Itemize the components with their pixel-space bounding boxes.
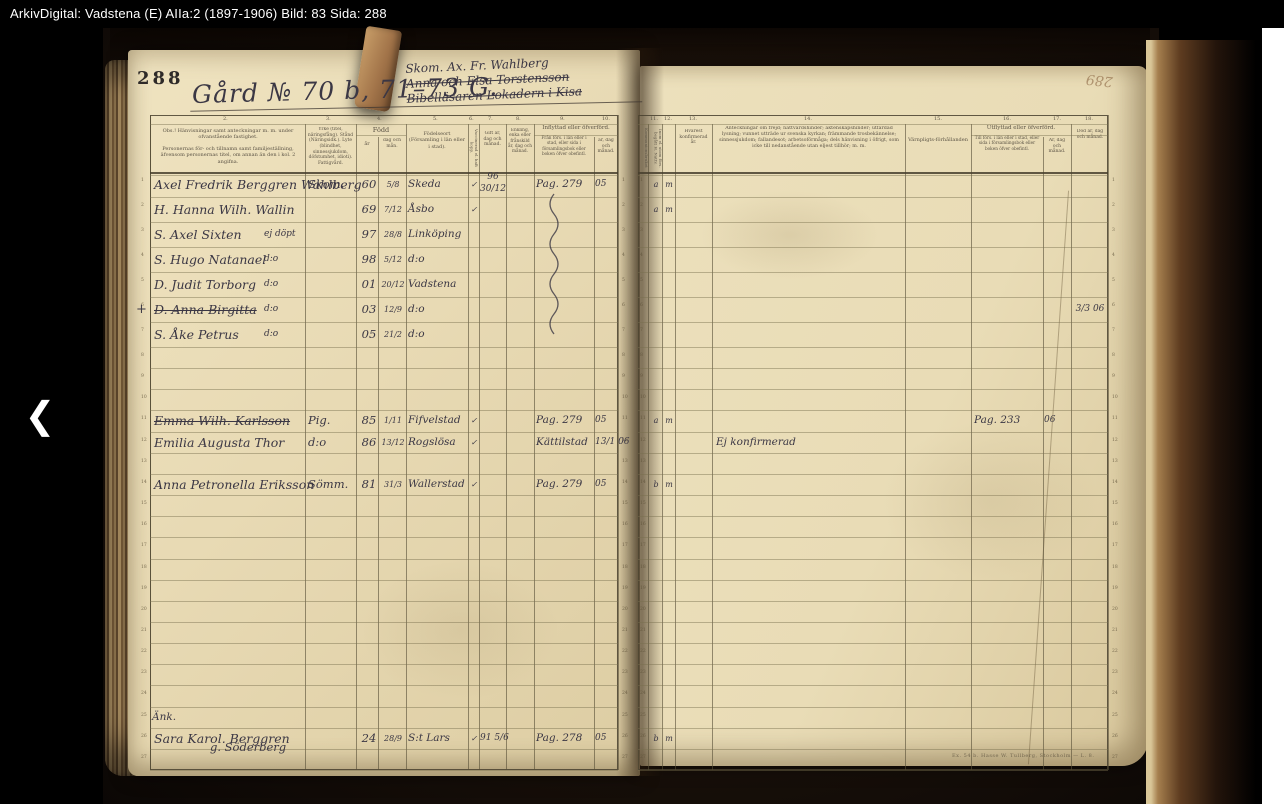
table-cell-rm2: m: [663, 728, 675, 749]
row-number: 17: [141, 543, 147, 548]
table-cell-dm: 5/12: [380, 247, 406, 272]
table-cell-yy: 81: [358, 474, 380, 495]
table-cell-name2: d:o: [264, 247, 304, 272]
table-line: [638, 580, 1108, 581]
row-number: 26: [622, 734, 628, 739]
page-number-right-faint: 289: [1085, 71, 1113, 90]
column-number: 5.: [433, 116, 438, 122]
row-number: 2: [640, 203, 643, 208]
row-number: 19: [640, 586, 646, 591]
table-line: [638, 707, 1108, 708]
column-number: 8.: [516, 116, 521, 122]
row-number: 4: [1112, 253, 1115, 258]
table-line: [150, 453, 618, 454]
row-number: 12: [1112, 438, 1118, 443]
row-number: 10: [1112, 395, 1118, 400]
row-number: 22: [141, 649, 147, 654]
table-cell-dm: 28/9: [380, 728, 406, 749]
table-line: [638, 247, 1108, 248]
row-number: 19: [141, 586, 147, 591]
row-number: 4: [622, 253, 625, 258]
table-line: [638, 537, 1108, 538]
table-line: [638, 322, 1108, 323]
table-line: [638, 474, 1108, 475]
table-cell-yy: 03: [358, 297, 380, 322]
table-cell-ort: Linköping: [408, 222, 468, 247]
row-number: 14: [1112, 480, 1118, 485]
row-number: 19: [622, 586, 628, 591]
table-cell-vacc: ✓: [469, 728, 479, 749]
row-number: 20: [622, 607, 628, 612]
row-number: 26: [640, 734, 646, 739]
column-header: Gift år, dag och månad.: [480, 131, 505, 148]
row-number: 23: [1112, 670, 1118, 675]
row-number: 4: [640, 253, 643, 258]
table-cell-rm1: a: [650, 172, 662, 197]
row-number: 26: [1112, 734, 1118, 739]
table-cell-vacc: ✓: [469, 474, 479, 495]
table-line: [638, 297, 1108, 298]
column-header: Personernas för- och tillnamn samt famil…: [154, 146, 302, 165]
table-cell-dm: 1/11: [380, 410, 406, 431]
table-line: [150, 537, 618, 538]
table-cell-ort: S:t Lars: [408, 728, 468, 749]
column-header: Födelseort (Församling i län eller i sta…: [408, 131, 466, 150]
row-number: 2: [622, 203, 625, 208]
table-line: [150, 347, 618, 348]
table-cell-infl_yr: 13/1 06: [595, 432, 618, 453]
row-number: 8: [640, 353, 643, 358]
table-cell-dm: 7/12: [380, 197, 406, 222]
column-header: Utflyttad eller öfverförd.: [974, 125, 1068, 132]
row-number: 6: [640, 303, 643, 308]
row-number: 23: [141, 670, 147, 675]
table-cell-infl_yr: 05: [595, 172, 618, 197]
table-cell-name: Emilia Augusta Thor: [154, 432, 306, 453]
row-number: 9: [622, 374, 625, 379]
row-number: 26: [141, 734, 147, 739]
table-cell-vacc: ✓: [469, 410, 479, 431]
table-line: [638, 347, 1108, 348]
table-cell-infl: Pag. 279: [536, 474, 594, 495]
column-number: 2.: [223, 116, 228, 122]
owner-name-block: Skom. Ax. Fr. WahlbergAnna och Elsa Tors…: [405, 54, 582, 107]
row-number: 11: [141, 416, 147, 421]
printer-imprint: Ex. 54 b. Hasse W. Tullberg, Stockholm —…: [952, 753, 1094, 759]
table-cell-dm: 21/2: [380, 322, 406, 347]
row-number: 5: [622, 278, 625, 283]
table-line: [150, 685, 618, 686]
row-number: 22: [1112, 649, 1118, 654]
table-line: [150, 368, 618, 369]
table-line: [150, 389, 618, 390]
column-header: Vaccinerad el. haft kopp.: [469, 126, 478, 170]
column-header: Kommunionsbruket: [638, 126, 648, 170]
row-number: 2: [1112, 203, 1115, 208]
row-number: 27: [141, 755, 147, 760]
row-number: 2: [141, 203, 144, 208]
previous-image-button[interactable]: ❮: [18, 392, 62, 440]
right-page-table: 11.12.13.14.15.16.17.18.Kommunionsbruket…: [638, 115, 1108, 770]
column-header: år, dag och månad.: [596, 138, 616, 155]
table-line: [150, 580, 618, 581]
row-number: 16: [141, 522, 147, 527]
table-line: [150, 664, 618, 665]
row-number: 3: [141, 228, 144, 233]
row-number: 8: [1112, 353, 1115, 358]
row-number: 8: [141, 353, 144, 358]
row-number: 20: [141, 607, 147, 612]
table-line: [971, 135, 1108, 136]
table-cell-ort: Vadstena: [408, 272, 468, 297]
row-number: 14: [640, 480, 646, 485]
table-cell-name: Axel Fredrik Berggren Wahlberg: [154, 172, 306, 197]
row-number: 10: [622, 395, 628, 400]
table-cell-rm1: a: [650, 410, 662, 431]
table-line: [638, 222, 1108, 223]
book-cover-edge: [1146, 40, 1262, 804]
column-header: Till förs. i län eller i stad, eller sid…: [974, 135, 1040, 151]
row-number: 13: [622, 459, 628, 464]
table-line: [150, 516, 618, 517]
table-line: [150, 770, 618, 771]
table-line: [712, 124, 713, 770]
row-number: 3: [640, 228, 643, 233]
row-number: 27: [640, 755, 646, 760]
table-line: [1108, 115, 1109, 770]
row-number: 15: [640, 501, 646, 506]
table-cell-ort: d:o: [408, 322, 468, 347]
row-number: 18: [640, 565, 646, 570]
table-cell-yy: 85: [358, 410, 380, 431]
column-number: 17.: [1053, 116, 1061, 122]
row-number: 15: [141, 501, 147, 506]
table-cell-ort: Wallerstad: [408, 474, 468, 495]
column-number: 7.: [488, 116, 493, 122]
table-line: [638, 197, 1108, 198]
row-number: 10: [141, 395, 147, 400]
row-number: 17: [640, 543, 646, 548]
table-cell-infl: Pag. 279: [536, 410, 594, 431]
column-header: år: [358, 141, 376, 147]
table-cell-name-sub: g. Söderberg: [210, 740, 286, 754]
column-number: 9.: [560, 116, 565, 122]
table-cell-yrke: Pig.: [308, 410, 354, 431]
row-number: 5: [1112, 278, 1115, 283]
row-number: 14: [141, 480, 147, 485]
column-header: Enkling, enka eller frånskild år, dag oc…: [507, 128, 533, 155]
row-number: 9: [141, 374, 144, 379]
row-number: 15: [1112, 501, 1118, 506]
row-number: 6: [1112, 303, 1115, 308]
row-number: 13: [640, 459, 646, 464]
table-cell-infl: Pag. 278: [536, 728, 594, 749]
table-line: [150, 115, 151, 770]
table-cell-pre: Änk.: [152, 707, 302, 728]
column-header: Hvarest konfirmerad år.: [677, 129, 710, 146]
table-cell-dm: 20/12: [380, 272, 406, 297]
row-number: 22: [640, 649, 646, 654]
table-cell-dm: 28/8: [380, 222, 406, 247]
table-line: [638, 685, 1108, 686]
table-line: [150, 622, 618, 623]
row-number: 4: [141, 253, 144, 258]
row-number: 20: [1112, 607, 1118, 612]
row-number: 16: [640, 522, 646, 527]
row-number: 7: [640, 328, 643, 333]
row-number: 18: [1112, 565, 1118, 570]
table-line: [638, 559, 1108, 560]
table-cell-rm1: b: [650, 728, 662, 749]
row-number: 8: [622, 353, 625, 358]
table-line: [638, 601, 1108, 602]
table-cell-vacc: ✓: [469, 172, 479, 197]
titlebar: ArkivDigital: Vadstena (E) AIIa:2 (1897-…: [0, 0, 1284, 28]
table-line: [638, 664, 1108, 665]
table-cell-gift: 9630/12: [480, 171, 506, 195]
row-number: 24: [1112, 691, 1118, 696]
row-number: 25: [141, 713, 147, 718]
row-number: 13: [141, 459, 147, 464]
table-line: [638, 728, 1108, 729]
table-line: [534, 135, 618, 136]
table-cell-yy: 05: [358, 322, 380, 347]
table-cell-ort: d:o: [408, 247, 468, 272]
table-line: [971, 124, 972, 770]
table-cell-yy: 01: [358, 272, 380, 297]
table-cell-yrke: d:o: [308, 432, 354, 453]
table-cell-name: Anna Petronella Eriksson: [154, 474, 306, 495]
row-number: 9: [640, 374, 643, 379]
column-number: 12.: [664, 116, 672, 122]
table-cell-name: Emma Wilh. Karlsson: [154, 410, 306, 431]
table-cell-gift: 91 5/6: [480, 728, 506, 749]
column-header: Obs.! Hänvisningar samt anteckningar m. …: [154, 128, 302, 141]
table-cell-yy: 60: [358, 172, 380, 197]
column-number: 18.: [1085, 116, 1093, 122]
row-number: 1: [141, 178, 144, 183]
row-number: 12: [141, 438, 147, 443]
table-line: [638, 172, 1108, 174]
table-cell-name2: d:o: [264, 297, 304, 322]
table-cell-rm1: b: [650, 474, 662, 495]
column-number: 4.: [377, 116, 382, 122]
column-header: dag och mån.: [380, 138, 404, 149]
table-cell-infl: Kättilstad: [536, 432, 594, 453]
table-cell-ort: Skeda: [408, 172, 468, 197]
table-cell-ort: Rogslösa: [408, 432, 468, 453]
row-number: 11: [1112, 416, 1118, 421]
table-line: [638, 770, 1108, 771]
row-number: 20: [640, 607, 646, 612]
table-cell-ort: Fifvelstad: [408, 410, 468, 431]
table-cell-infl_yr: 05: [595, 474, 618, 495]
row-number: 24: [622, 691, 628, 696]
table-line: [638, 368, 1108, 369]
row-number: 23: [640, 670, 646, 675]
row-number: 22: [622, 649, 628, 654]
row-number: 12: [640, 438, 646, 443]
table-line: [150, 495, 618, 496]
table-line: [638, 272, 1108, 273]
column-number: 3.: [326, 116, 331, 122]
table-cell-utfl_yr: 06: [1044, 410, 1070, 431]
table-cell-vacc: ✓: [469, 197, 479, 222]
table-cell-ort: Åsbo: [408, 197, 468, 222]
page-number-left: 288: [137, 68, 184, 89]
table-line: [638, 175, 1108, 176]
table-cell-yy: 24: [358, 728, 380, 749]
row-number: 25: [1112, 713, 1118, 718]
row-number: 21: [640, 628, 646, 633]
table-cell-plus: +: [136, 297, 148, 322]
table-cell-rm1: a: [650, 197, 662, 222]
table-line: [638, 495, 1108, 496]
row-number: 7: [622, 328, 625, 333]
table-line: [638, 643, 1108, 644]
table-line: [638, 389, 1108, 390]
table-cell-ort: d:o: [408, 297, 468, 322]
column-header: Anteckningar om frejd; nattvardshinder; …: [716, 126, 902, 150]
row-number: 24: [640, 691, 646, 696]
table-line: [150, 601, 618, 602]
column-number: 10.: [602, 116, 610, 122]
column-number: 13.: [689, 116, 697, 122]
row-number: 3: [1112, 228, 1115, 233]
column-header: Från förs. i län eller i stad, eller sid…: [536, 135, 592, 156]
table-cell-dm: 5/8: [380, 172, 406, 197]
table-line: [150, 559, 618, 560]
table-line: [638, 453, 1108, 454]
table-cell-name: H. Hanna Wilh. Wallin: [154, 197, 306, 222]
viewer-stage: ArkivDigital: Vadstena (E) AIIa:2 (1897-…: [0, 0, 1284, 804]
row-number: 18: [141, 565, 147, 570]
table-cell-utfl: Pag. 233: [974, 410, 1038, 431]
table-line: [150, 643, 618, 644]
column-number: 11.: [650, 116, 658, 122]
table-cell-dm: 31/3: [380, 474, 406, 495]
row-number: 1: [640, 178, 643, 183]
table-line: [356, 135, 406, 136]
row-number: 27: [1112, 755, 1118, 760]
brace-mark: [545, 192, 561, 342]
row-number: 11: [640, 416, 646, 421]
row-number: 9: [1112, 374, 1115, 379]
row-number: 3: [622, 228, 625, 233]
row-number: 11: [622, 416, 628, 421]
table-cell-name2: ej döpt: [264, 222, 304, 247]
table-cell-rm2: m: [663, 172, 675, 197]
table-line: [638, 516, 1108, 517]
column-header: Yrke (titel, näringsfång). Stånd (Näring…: [307, 127, 354, 166]
table-line: [406, 124, 407, 770]
row-number: 7: [1112, 328, 1115, 333]
row-number: 7: [141, 328, 144, 333]
column-number: 16.: [1003, 116, 1011, 122]
column-number: 6.: [469, 116, 474, 122]
chevron-left-icon: ❮: [24, 395, 55, 436]
table-cell-yy: 98: [358, 247, 380, 272]
table-cell-dm: 12/9: [380, 297, 406, 322]
row-number: 25: [640, 713, 646, 718]
table-line: [638, 749, 1108, 750]
table-cell-name2: d:o: [264, 272, 304, 297]
row-number: 23: [622, 670, 628, 675]
table-line: [638, 622, 1108, 623]
column-number: 14.: [804, 116, 812, 122]
column-header: Inom el. utom förs. begått H. Nattv.: [651, 126, 662, 170]
row-number: 5: [141, 278, 144, 283]
table-line: [675, 124, 676, 770]
row-number: 27: [622, 755, 628, 760]
row-number: 15: [622, 501, 628, 506]
row-number: 1: [1112, 178, 1115, 183]
row-number: 5: [640, 278, 643, 283]
table-cell-vacc: ✓: [469, 432, 479, 453]
table-cell-rm2: m: [663, 410, 675, 431]
titlebar-text: ArkivDigital: Vadstena (E) AIIa:2 (1897-…: [10, 6, 387, 21]
table-line: [648, 124, 649, 770]
row-number: 25: [622, 713, 628, 718]
row-number: 6: [622, 303, 625, 308]
row-number: 21: [622, 628, 628, 633]
table-cell-yy: 97: [358, 222, 380, 247]
table-cell-rm2: m: [663, 474, 675, 495]
row-number: 19: [1112, 586, 1118, 591]
table-cell-name2: d:o: [264, 322, 304, 347]
column-header: År, dag och månad.: [1045, 138, 1069, 155]
row-number: 18: [622, 565, 628, 570]
row-number: 10: [640, 395, 646, 400]
row-number: 14: [622, 480, 628, 485]
table-line: [479, 124, 480, 770]
row-number: 13: [1112, 459, 1118, 464]
column-header: Värnpligts-förhållanden: [908, 137, 968, 143]
table-cell-yrke: Skom.: [308, 172, 354, 197]
row-number: 17: [622, 543, 628, 548]
row-number: 21: [141, 628, 147, 633]
table-line: [1071, 124, 1072, 770]
column-header: Inflyttad eller öfverförd.: [536, 125, 616, 132]
column-number: 15.: [934, 116, 942, 122]
row-number: 17: [1112, 543, 1118, 548]
table-cell-infl_yr: 05: [595, 728, 618, 749]
table-line: [638, 115, 639, 770]
column-header: Född: [356, 126, 406, 134]
table-cell-yy: 86: [358, 432, 380, 453]
table-line: [534, 124, 535, 770]
table-cell-dod: 3/3 06: [1074, 297, 1106, 322]
table-cell-note: Ej konfirmerad: [716, 432, 896, 453]
table-cell-infl_yr: 05: [595, 410, 618, 431]
row-number: 24: [141, 691, 147, 696]
table-line: [356, 124, 357, 770]
table-cell-yy: 69: [358, 197, 380, 222]
table-cell-rm2: m: [663, 197, 675, 222]
row-number: 1: [622, 178, 625, 183]
row-number: 16: [1112, 522, 1118, 527]
row-number: 21: [1112, 628, 1118, 633]
table-line: [905, 124, 906, 770]
row-number: 16: [622, 522, 628, 527]
table-cell-yrke: Sömm.: [308, 474, 354, 495]
table-cell-dm: 13/12: [380, 432, 406, 453]
table-line: [506, 124, 507, 770]
